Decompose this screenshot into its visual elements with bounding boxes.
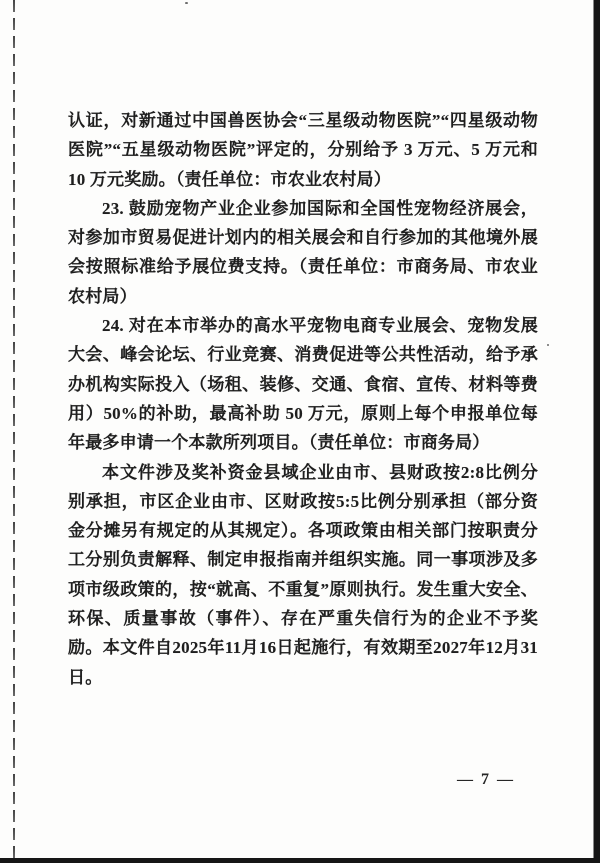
paragraph-closing-provisions: 本文件涉及奖补资金县域企业由市、县财政按2:8比例分别承担，市区企业由市、区财政…: [68, 458, 538, 692]
scan-speck: [185, 2, 188, 4]
scan-right-edge-band: [594, 0, 600, 863]
paragraph-item-24: 24. 对在本市举办的高水平宠物电商专业展会、宠物发展大会、峰会论坛、行业竞赛、…: [68, 311, 538, 457]
document-body: 认证，对新通过中国兽医协会“三星级动物医院”“四星级动物医院”“五星级动物医院”…: [68, 106, 538, 692]
scan-bottom-edge-band: [0, 858, 600, 863]
scan-left-edge-line: [13, 0, 15, 863]
scan-speck: [547, 344, 549, 346]
paragraph-item-23: 23. 鼓励宠物产业企业参加国际和全国性宠物经济展会，对参加市贸易促进计划内的相…: [68, 194, 538, 311]
page-number: — 7 —: [457, 771, 557, 789]
paragraph-continuation: 认证，对新通过中国兽医协会“三星级动物医院”“四星级动物医院”“五星级动物医院”…: [68, 106, 538, 194]
scanned-document-page: 认证，对新通过中国兽医协会“三星级动物医院”“四星级动物医院”“五星级动物医院”…: [0, 0, 600, 863]
